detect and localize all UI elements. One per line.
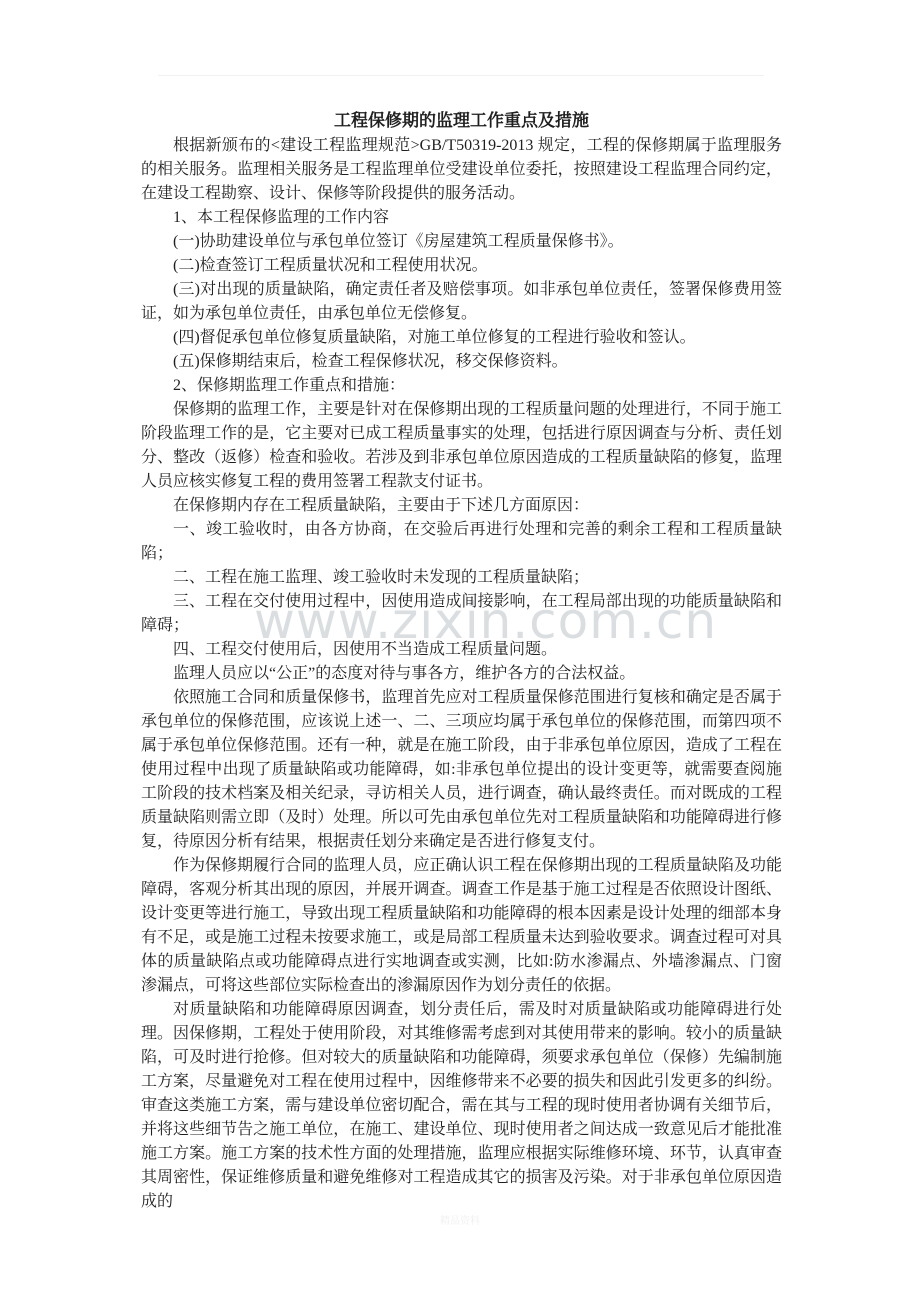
body-paragraph: 保修期的监理工作，主要是针对在保修期出现的工程质量问题的处理进行，不同于施工阶段… bbox=[141, 398, 782, 494]
section-heading: 2、保修期监理工作重点和措施： bbox=[141, 374, 782, 398]
section-heading: 1、本工程保修监理的工作内容 bbox=[141, 206, 782, 230]
document-page: www.zixin.com.cn 工程保修期的监理工作重点及措施 根据新颁布的<… bbox=[0, 0, 920, 1302]
body-paragraph: 作为保修期履行合同的监理人员，应正确认识工程在保修期出现的工程质量缺陷及功能障碍… bbox=[141, 854, 782, 998]
list-item: (四)督促承包单位修复质量缺陷，对施工单位修复的工程进行验收和签认。 bbox=[141, 326, 782, 350]
list-item: (一)协助建设单位与承包单位签订《房屋建筑工程质量保修书》。 bbox=[141, 230, 782, 254]
body-paragraph: 监理人员应以“公正”的态度对待与事各方，维护各方的合法权益。 bbox=[141, 662, 782, 686]
body-paragraph: 在保修期内存在工程质量缺陷，主要由于下述几方面原因： bbox=[141, 494, 782, 518]
document-content: 工程保修期的监理工作重点及措施 根据新颁布的<建设工程监理规范>GB/T5031… bbox=[141, 108, 782, 1214]
list-item: (三)对出现的质量缺陷，确定责任者及赔偿事项。如非承包单位责任，签署保修费用签证… bbox=[141, 278, 782, 326]
list-item: 一、竣工验收时，由各方协商，在交验后再进行处理和完善的剩余工程和工程质量缺陷； bbox=[141, 518, 782, 566]
body-paragraph: 依照施工合同和质量保修书，监理首先应对工程质量保修范围进行复核和确定是否属于承包… bbox=[141, 686, 782, 854]
list-item: 四、工程交付使用后，因使用不当造成工程质量问题。 bbox=[141, 638, 782, 662]
body-paragraph: 对质量缺陷和功能障碍原因调查，划分责任后，需及时对质量缺陷或功能障碍进行处理。因… bbox=[141, 998, 782, 1214]
footer-watermark: 精品资料 bbox=[440, 1212, 480, 1227]
list-item: (二)检查签订工程质量状况和工程使用状况。 bbox=[141, 254, 782, 278]
header-divider bbox=[158, 75, 764, 76]
page-title: 工程保修期的监理工作重点及措施 bbox=[141, 108, 782, 134]
list-item: 二、工程在施工监理、竣工验收时未发现的工程质量缺陷； bbox=[141, 566, 782, 590]
body-paragraph: 根据新颁布的<建设工程监理规范>GB/T50319-2013 规定，工程的保修期… bbox=[141, 134, 782, 206]
list-item: (五)保修期结束后，检查工程保修状况，移交保修资料。 bbox=[141, 350, 782, 374]
list-item: 三、工程在交付使用过程中，因使用造成间接影响，在工程局部出现的功能质量缺陷和障碍… bbox=[141, 590, 782, 638]
